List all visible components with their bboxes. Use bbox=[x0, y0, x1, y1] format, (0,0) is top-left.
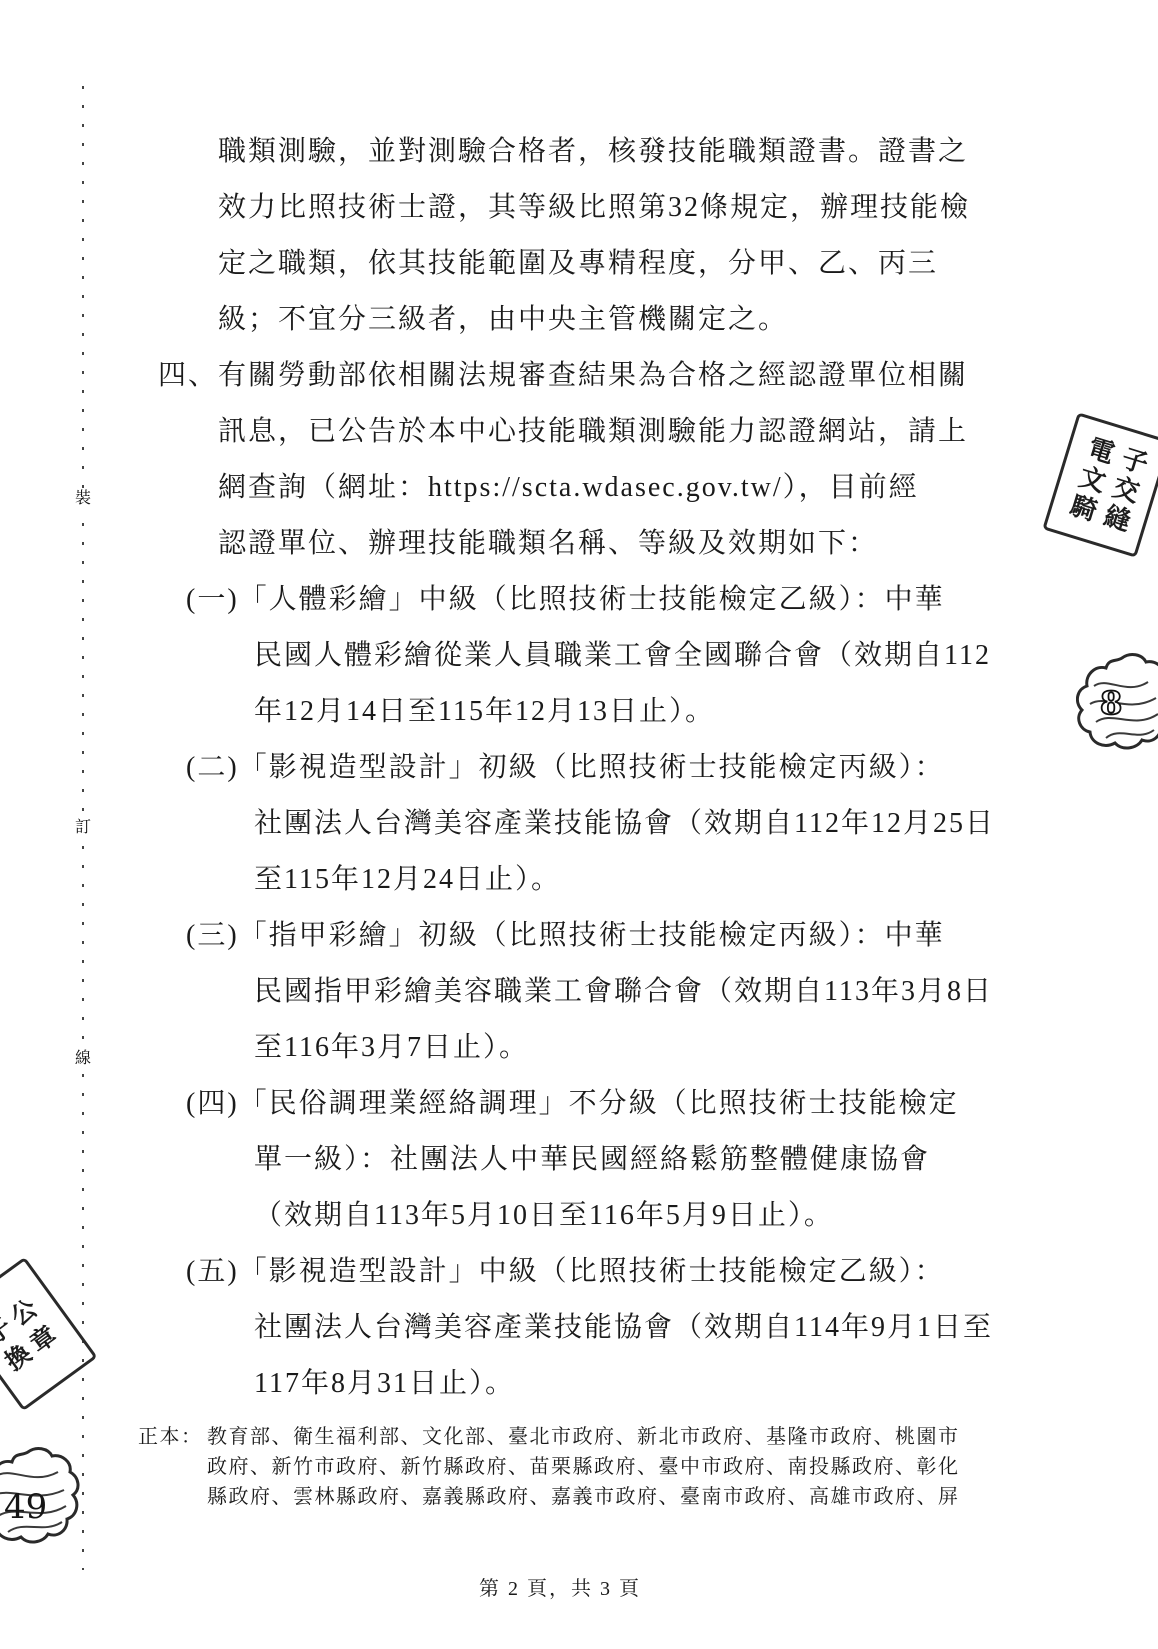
doc-line: 社團法人台灣美容產業技能協會（效期自114年9月1日至 bbox=[0, 1300, 1158, 1356]
copy-to-lines: 教育部、衛生福利部、文化部、臺北市政府、新北市政府、基隆市政府、桃園市 政府、新… bbox=[207, 1422, 960, 1512]
doc-line: 社團法人台灣美容產業技能協會（效期自112年12月25日 bbox=[0, 796, 1158, 852]
doc-line: 定之職類，依其技能範圍及專精程度，分甲、乙、丙三 bbox=[0, 236, 1158, 292]
doc-line: 民國指甲彩繪美容職業工會聯合會（效期自113年3月8日 bbox=[0, 964, 1158, 1020]
doc-line: 117年8月31日止）。 bbox=[0, 1356, 1158, 1412]
doc-line-item-3: (三)「指甲彩繪」初級（比照技術士技能檢定丙級）：中華 bbox=[0, 908, 1158, 964]
doc-line: 職類測驗，並對測驗合格者，核發技能職類證書。證書之 bbox=[0, 124, 1158, 180]
fold-seal-left: 49 bbox=[0, 1446, 84, 1551]
doc-line: 民國人體彩繪從業人員職業工會全國聯合會（效期自112 bbox=[0, 628, 1158, 684]
doc-line: 級；不宜分三級者，由中央主管機關定之。 bbox=[0, 292, 1158, 348]
doc-line: 年12月14日至115年12月13日止）。 bbox=[0, 684, 1158, 740]
fold-seal-right-number: 8 bbox=[1100, 684, 1122, 722]
copy-to-line: 教育部、衛生福利部、文化部、臺北市政府、新北市政府、基隆市政府、桃園市 bbox=[207, 1422, 960, 1452]
doc-line: 認證單位、辦理技能職類名稱、等級及效期如下： bbox=[0, 516, 1158, 572]
copy-to-line: 縣政府、雲林縣政府、嘉義縣政府、嘉義市政府、臺南市政府、高雄市政府、屏 bbox=[207, 1482, 960, 1512]
doc-line-item-5: (五)「影視造型設計」中級（比照技術士技能檢定乙級）： bbox=[0, 1244, 1158, 1300]
doc-line-section-4: 四、有關勞動部依相關法規審查結果為合格之經認證單位相關 bbox=[0, 348, 1158, 404]
scanned-document-page: 裝 訂 線 職類測驗，並對測驗合格者，核發技能職類證書。證書之 效力比照技術士證… bbox=[0, 0, 1158, 1649]
page-number-footer: 第 2 頁，共 3 頁 bbox=[479, 1572, 641, 1601]
doc-line-item-4: (四)「民俗調理業經絡調理」不分級（比照技術士技能檢定 bbox=[0, 1076, 1158, 1132]
doc-line: 效力比照技術士證，其等級比照第32條規定，辦理技能檢 bbox=[0, 180, 1158, 236]
fold-seal-left-number: 49 bbox=[4, 1487, 47, 1527]
doc-line: 單一級）：社團法人中華民國經絡鬆筋整體健康協會 bbox=[0, 1132, 1158, 1188]
doc-line: 至115年12月24日止）。 bbox=[0, 852, 1158, 908]
copy-to-label: 正本： bbox=[138, 1422, 203, 1452]
doc-line-url: 網查詢（網址：https://scta.wdasec.gov.tw/），目前經 bbox=[0, 460, 1158, 516]
fold-seal-right: 8 bbox=[1076, 652, 1158, 762]
doc-line-item-2: (二)「影視造型設計」初級（比照技術士技能檢定丙級）： bbox=[0, 740, 1158, 796]
doc-line: 訊息，已公告於本中心技能職類測驗能力認證網站，請上 bbox=[0, 404, 1158, 460]
copy-to-line: 政府、新竹市政府、新竹縣政府、苗栗縣政府、臺中市政府、南投縣政府、彰化 bbox=[207, 1452, 960, 1482]
doc-line: （效期自113年5月10日至116年5月9日止）。 bbox=[0, 1188, 1158, 1244]
doc-line-item-1: (一)「人體彩繪」中級（比照技術士技能檢定乙級）：中華 bbox=[0, 572, 1158, 628]
doc-line: 至116年3月7日止）。 bbox=[0, 1020, 1158, 1076]
document-body: 職類測驗，並對測驗合格者，核發技能職類證書。證書之 效力比照技術士證，其等級比照… bbox=[0, 124, 1158, 1412]
